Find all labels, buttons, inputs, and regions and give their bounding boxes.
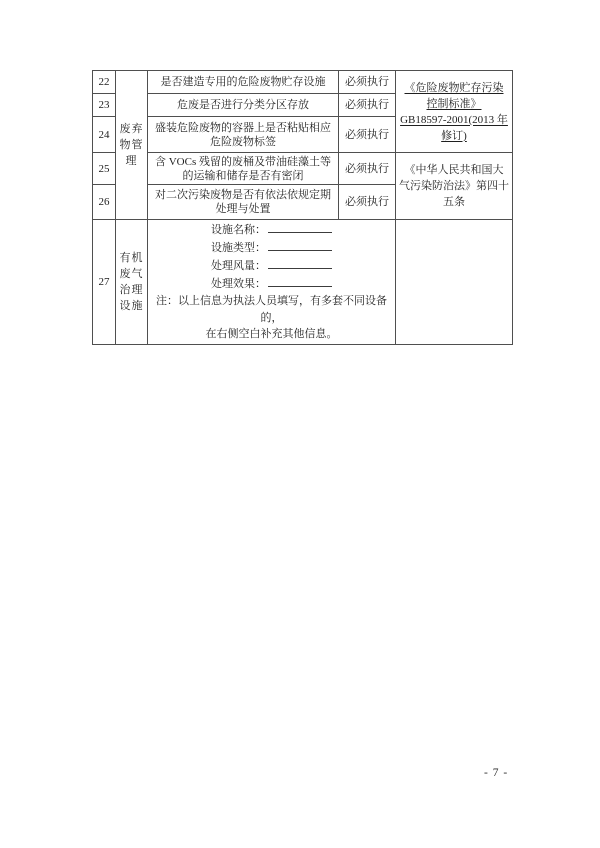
field-facility-name: 设施名称： (151, 221, 392, 239)
row-number-22: 22 (93, 71, 116, 94)
fill-in-note: 注：以上信息为执法人员填写，有多套不同设备的，在右侧空白补充其他信息。 (151, 293, 392, 343)
row-number-26: 26 (93, 185, 116, 220)
requirement-26: 必须执行 (339, 185, 396, 220)
page-number: - 7 - (484, 767, 508, 779)
row-number-27: 27 (93, 220, 116, 345)
category-waste-management: 废弃物管理 (116, 71, 148, 220)
check-item-23: 危废是否进行分类分区存放 (148, 94, 339, 117)
blank-fill-line (268, 257, 332, 269)
check-item-22: 是否建造专用的危险废物贮存设施 (148, 71, 339, 94)
blank-fill-line (268, 275, 332, 287)
field-treatment-effect: 处理效果： (151, 275, 392, 293)
row-number-25: 25 (93, 153, 116, 185)
requirement-25: 必须执行 (339, 153, 396, 185)
field-label: 设施名称： (211, 224, 266, 236)
reference-empty (396, 220, 513, 345)
requirement-23: 必须执行 (339, 94, 396, 117)
row-number-23: 23 (93, 94, 116, 117)
field-label: 处理效果： (211, 278, 266, 290)
reference-air-pollution-law: 《中华人民共和国大气污染防治法》第四十五条 (396, 153, 513, 220)
field-label: 设施类型： (211, 242, 266, 254)
facility-info-cell: 设施名称： 设施类型： 处理风量： 处理效果： 注：以上信息为执法人员填写，有多… (148, 220, 396, 345)
check-item-25: 含 VOCs 残留的废桶及带油硅藻土等的运输和储存是否有密闭 (148, 153, 339, 185)
document-page: 22 废弃物管理 是否建造专用的危险废物贮存设施 必须执行 《危险废物贮存污染控… (0, 0, 600, 848)
field-air-volume: 处理风量： (151, 257, 392, 275)
field-label: 处理风量： (211, 260, 266, 272)
blank-fill-line (268, 239, 332, 251)
check-item-26: 对二次污染废物是否有依法依规定期处理与处置 (148, 185, 339, 220)
reference-hazardous-waste-standard: 《危险废物贮存污染控制标准》GB18597-2001(2013 年修订) (396, 71, 513, 153)
requirement-22: 必须执行 (339, 71, 396, 94)
requirement-24: 必须执行 (339, 117, 396, 153)
row-number-24: 24 (93, 117, 116, 153)
inspection-checklist-table: 22 废弃物管理 是否建造专用的危险废物贮存设施 必须执行 《危险废物贮存污染控… (92, 70, 513, 345)
blank-fill-line (268, 221, 332, 233)
category-organic-gas-treatment: 有机废气治理设施 (116, 220, 148, 345)
check-item-24: 盛装危险废物的容器上是否粘贴相应危险废物标签 (148, 117, 339, 153)
field-facility-type: 设施类型： (151, 239, 392, 257)
